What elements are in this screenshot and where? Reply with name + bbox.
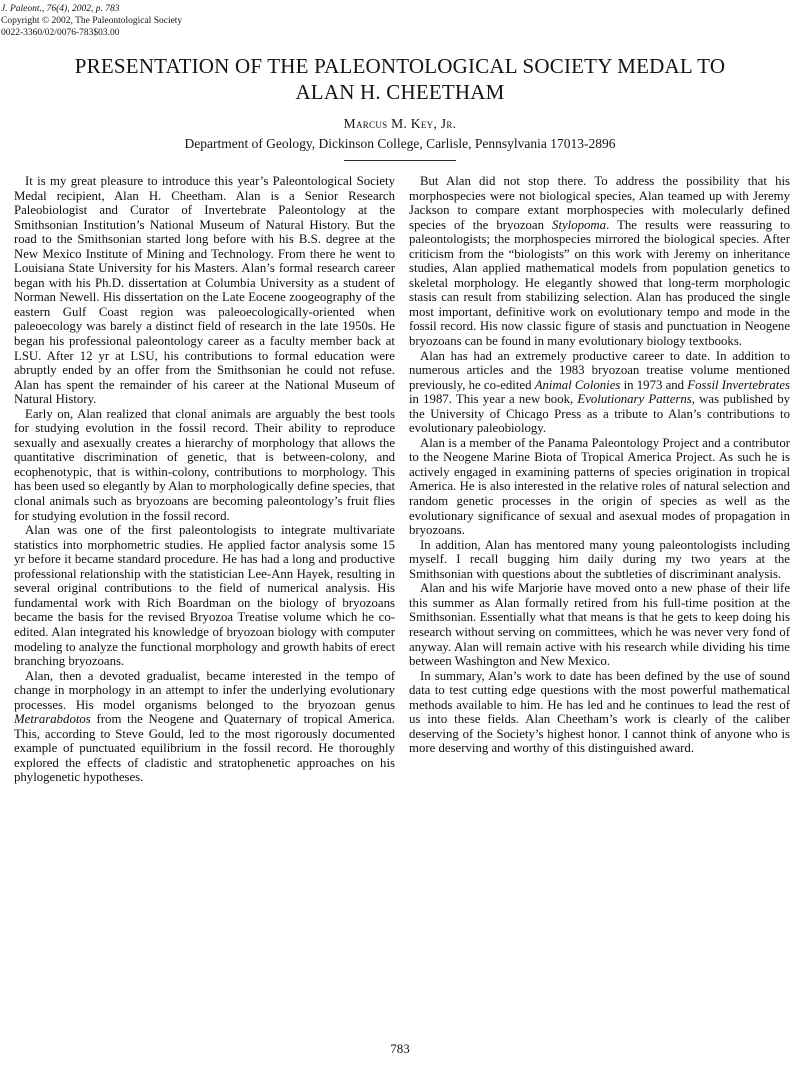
- masthead-journal-line: J. Paleont., 76(4), 2002, p. 783: [1, 3, 182, 15]
- paragraph: Alan was one of the first paleontologist…: [14, 523, 395, 668]
- paragraph: Alan, then a devoted gradualist, became …: [14, 669, 395, 785]
- page-number: 783: [0, 1041, 800, 1057]
- article-body: It is my great pleasure to introduce thi…: [14, 174, 790, 785]
- title-block: PRESENTATION OF THE PALEONTOLOGICAL SOCI…: [0, 54, 800, 161]
- paragraph: It is my great pleasure to introduce thi…: [14, 174, 395, 407]
- right-column: But Alan did not stop there. To address …: [409, 174, 790, 785]
- paragraph: In addition, Alan has mentored many youn…: [409, 538, 790, 582]
- article-title-line-1: PRESENTATION OF THE PALEONTOLOGICAL SOCI…: [0, 54, 800, 80]
- masthead-copyright-line: Copyright © 2002, The Paleontological So…: [1, 15, 182, 27]
- paragraph: Alan has had an extremely productive car…: [409, 349, 790, 436]
- paragraph: In summary, Alan’s work to date has been…: [409, 669, 790, 756]
- paragraph: Early on, Alan realized that clonal anim…: [14, 407, 395, 523]
- section-divider: [344, 160, 456, 161]
- paragraph: Alan and his wife Marjorie have moved on…: [409, 581, 790, 668]
- masthead: J. Paleont., 76(4), 2002, p. 783 Copyrig…: [1, 3, 182, 39]
- journal-page: J. Paleont., 76(4), 2002, p. 783 Copyrig…: [0, 0, 800, 1081]
- author-affiliation: Department of Geology, Dickinson College…: [0, 136, 800, 152]
- paragraph: But Alan did not stop there. To address …: [409, 174, 790, 349]
- article-title-line-2: ALAN H. CHEETHAM: [0, 80, 800, 106]
- masthead-issn-line: 0022-3360/02/0076-783$03.00: [1, 27, 182, 39]
- author-name: Marcus M. Key, Jr.: [0, 116, 800, 132]
- left-column: It is my great pleasure to introduce thi…: [14, 174, 395, 785]
- paragraph: Alan is a member of the Panama Paleontol…: [409, 436, 790, 538]
